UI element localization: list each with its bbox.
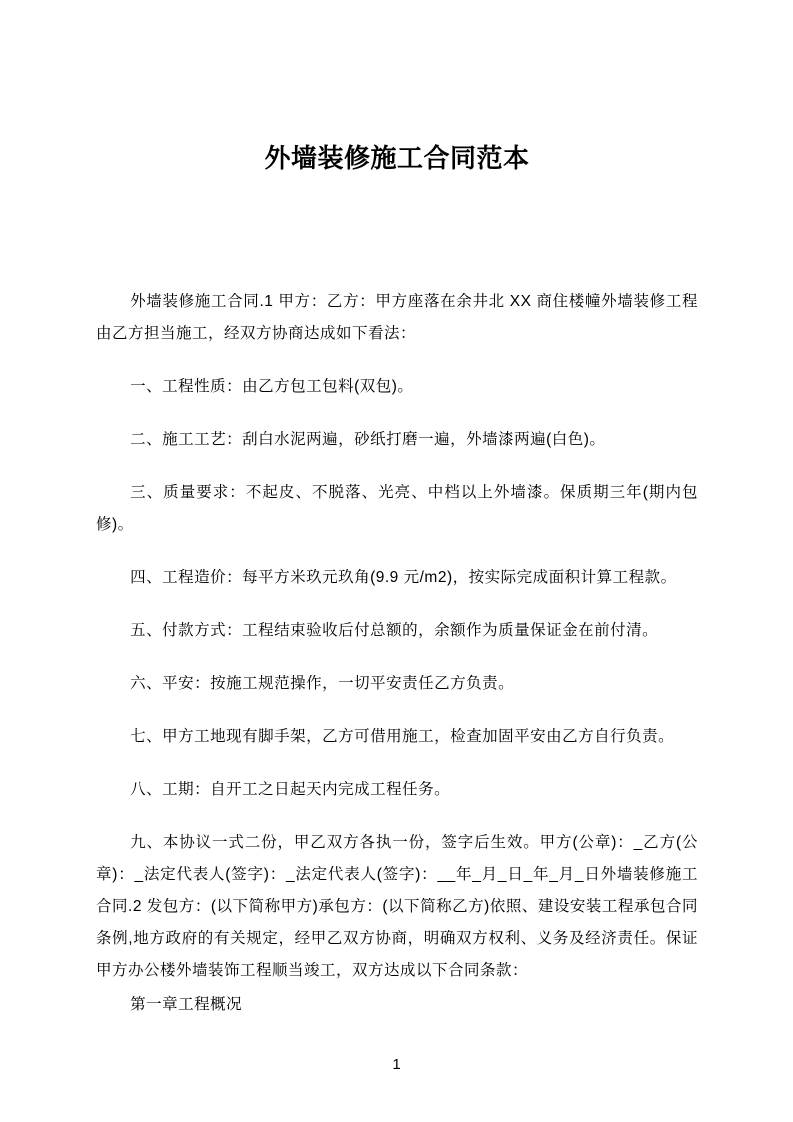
chapter-1-heading: 第一章工程概况 (96, 989, 698, 1021)
clause-4-project-cost: 四、工程造价：每平方米玖元玖角(9.9 元/m2)，按实际完成面积计算工程款。 (96, 562, 698, 594)
clause-9-signatures: 九、本协议一式二份，甲乙双方各执一份，签字后生效。甲方(公章)：_乙方(公章)：… (96, 827, 698, 987)
clause-2-construction-process: 二、施工工艺：刮白水泥两遍，砂纸打磨一遍，外墙漆两遍(白色)。 (96, 424, 698, 456)
paragraph-intro: 外墙装修施工合同.1 甲方：乙方：甲方座落在余井北 XX 商住楼幢外墙装修工程由… (96, 286, 698, 350)
page-number: 1 (0, 1056, 793, 1074)
clause-8-duration: 八、工期：自开工之日起天内完成工程任务。 (96, 774, 698, 806)
clause-6-safety: 六、平安：按施工规范操作，一切平安责任乙方负责。 (96, 668, 698, 700)
document-page: 外墙装修施工合同范本 外墙装修施工合同.1 甲方：乙方：甲方座落在余井北 XX … (0, 0, 793, 1122)
clause-5-payment-method: 五、付款方式：工程结束验收后付总额的，余额作为质量保证金在前付清。 (96, 615, 698, 647)
document-content: 外墙装修施工合同范本 外墙装修施工合同.1 甲方：乙方：甲方座落在余井北 XX … (96, 140, 698, 1042)
clause-1-project-nature: 一、工程性质：由乙方包工包料(双包)。 (96, 371, 698, 403)
document-title: 外墙装修施工合同范本 (96, 140, 698, 176)
clause-7-scaffolding: 七、甲方工地现有脚手架，乙方可借用施工，检查加固平安由乙方自行负责。 (96, 721, 698, 753)
clause-3-quality-requirements: 三、质量要求：不起皮、不脱落、光亮、中档以上外墙漆。保质期三年(期内包修)。 (96, 477, 698, 541)
